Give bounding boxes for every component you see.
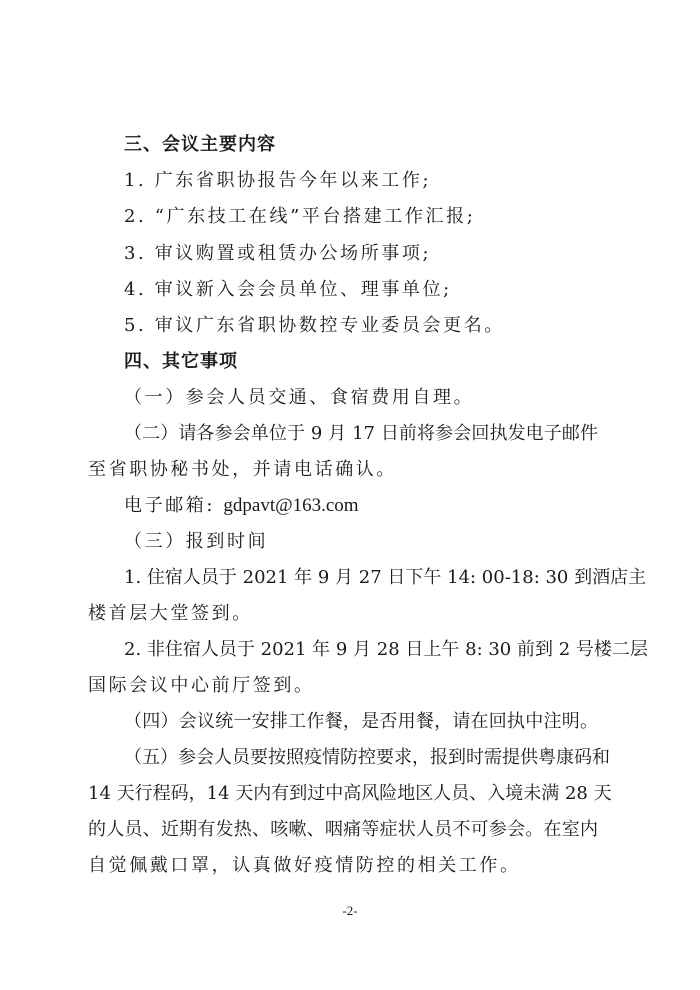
paragraph-meals: （四）会议统一安排工作餐，是否用餐，请在回执中注明。 (124, 704, 598, 740)
paragraph-reply-line2: 至省职协秘书处，并请电话确认。 (88, 452, 598, 488)
page-number: -2- (0, 903, 700, 919)
registration-item-1-line1: 1. 住宿人员于 2021 年 9 月 27 日下午 14: 00-18: 30… (124, 560, 598, 596)
email-link[interactable]: gdpavt@163.com (223, 495, 358, 516)
paragraph-reply-line1: （二）请各参会单位于 9 月 17 日前将参会回执发电子邮件 (124, 416, 598, 452)
document-page: 三、会议主要内容 1. 广东省职协报告今年以来工作; 2. “广东技工在线”平台… (0, 0, 700, 990)
paragraph-expenses: （一）参会人员交通、食宿费用自理。 (124, 380, 598, 416)
registration-item-1-line2: 楼首层大堂签到。 (88, 596, 598, 632)
list-item: 1. 广东省职协报告今年以来工作; (124, 163, 598, 199)
registration-item-2-line2: 国际会议中心前厅签到。 (88, 668, 598, 704)
paragraph-registration-heading: （三）报到时间 (124, 524, 598, 560)
section-heading-meeting-content: 三、会议主要内容 (124, 127, 598, 163)
paragraph-epidemic-line3: 的人员、近期有发热、咳嗽、咽痛等症状人员不可参会。在室内 (88, 812, 598, 848)
list-item: 3. 审议购置或租赁办公场所事项; (124, 236, 598, 272)
email-label: 电子邮箱: (124, 495, 215, 516)
section-heading-other-matters: 四、其它事项 (124, 344, 598, 380)
list-item: 4. 审议新入会会员单位、理事单位; (124, 272, 598, 308)
paragraph-epidemic-line1: （五）参会人员要按照疫情防控要求，报到时需提供粤康码和 (124, 740, 598, 776)
email-row: 电子邮箱: gdpavt@163.com (124, 488, 598, 524)
list-item: 5. 审议广东省职协数控专业委员会更名。 (124, 308, 598, 344)
paragraph-epidemic-line2: 14 天行程码，14 天内有到过中高风险地区人员、入境未满 28 天 (88, 776, 598, 812)
registration-item-2-line1: 2. 非住宿人员于 2021 年 9 月 28 日上午 8: 30 前到 2 号… (124, 632, 598, 668)
paragraph-epidemic-line4: 自觉佩戴口罩，认真做好疫情防控的相关工作。 (88, 848, 598, 884)
list-item: 2. “广东技工在线”平台搭建工作汇报; (124, 199, 598, 235)
